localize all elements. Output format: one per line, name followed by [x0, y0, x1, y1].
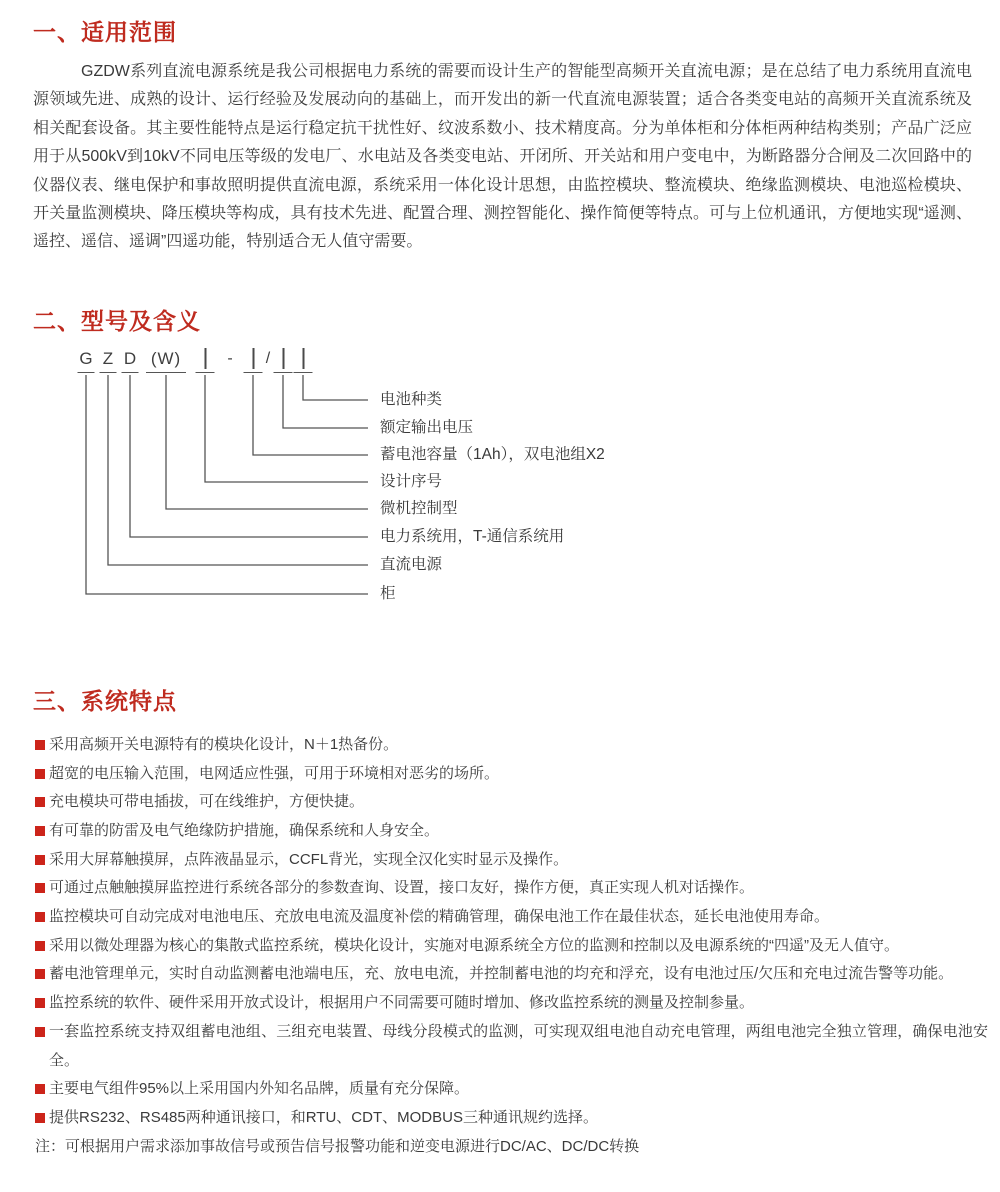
feature-text: 采用高频开关电源特有的模块化设计，N＋1热备份。 [49, 731, 398, 760]
feature-item: 采用大屏幕触摸屏，点阵液晶显示，CCFL背光，实现全汉化实时显示及操作。 [35, 846, 988, 875]
model-label-battery-capacity: 蓄电池容量（1Ah），双电池组X2 [380, 444, 605, 466]
model-label-cabinet: 柜 [380, 583, 396, 605]
feature-item: 监控模块可自动完成对电池电压、充放电电流及温度补偿的精确管理，确保电池工作在最佳… [35, 903, 988, 932]
red-square-bullet-icon [35, 998, 45, 1008]
feature-item: 监控系统的软件、硬件采用开放式设计，根据用户不同需要可随时增加、修改监控系统的测… [35, 989, 988, 1018]
feature-text: 采用大屏幕触摸屏，点阵液晶显示，CCFL背光，实现全汉化实时显示及操作。 [49, 846, 568, 875]
feature-text: 主要电气组件95%以上采用国内外知名品牌，质量有充分保障。 [49, 1075, 469, 1104]
model-diagram-connector-lines [0, 344, 720, 606]
feature-list: 采用高频开关电源特有的模块化设计，N＋1热备份。 超宽的电压输入范围，电网适应性… [35, 731, 988, 1133]
red-square-bullet-icon [35, 941, 45, 951]
feature-item: 提供RS232、RS485两种通讯接口，和RTU、CDT、MODBUS三种通讯规… [35, 1104, 988, 1133]
feature-text: 监控模块可自动完成对电池电压、充放电电流及温度补偿的精确管理，确保电池工作在最佳… [49, 903, 829, 932]
red-square-bullet-icon [35, 740, 45, 750]
red-square-bullet-icon [35, 855, 45, 865]
red-square-bullet-icon [35, 1113, 45, 1123]
model-label-design-serial: 设计序号 [380, 471, 442, 493]
model-label-rated-voltage: 额定输出电压 [380, 417, 473, 439]
footnote: 注：可根据用户需求添加事故信号或预告信号报警功能和逆变电源进行DC/AC、DC/… [35, 1133, 988, 1162]
model-label-battery-type: 电池种类 [380, 389, 442, 411]
red-square-bullet-icon [35, 883, 45, 893]
red-square-bullet-icon [35, 769, 45, 779]
red-square-bullet-icon [35, 797, 45, 807]
feature-text: 充电模块可带电插拔，可在线维护，方便快捷。 [49, 788, 364, 817]
feature-text: 超宽的电压输入范围，电网适应性强，可用于环境相对恶劣的场所。 [49, 760, 499, 789]
feature-item: 一套监控系统支持双组蓄电池组、三组充电装置、母线分段模式的监测，可实现双组电池自… [35, 1018, 988, 1075]
feature-item: 蓄电池管理单元，实时自动监测蓄电池端电压，充、放电电流，并控制蓄电池的均充和浮充… [35, 960, 988, 989]
model-diagram: G Z D (W) - / 电池种类 额定输出电压 蓄电池容量（1Ah），双电池… [0, 344, 1000, 606]
feature-item: 采用高频开关电源特有的模块化设计，N＋1热备份。 [35, 731, 988, 760]
feature-text: 提供RS232、RS485两种通讯接口，和RTU、CDT、MODBUS三种通讯规… [49, 1104, 598, 1133]
red-square-bullet-icon [35, 969, 45, 979]
red-square-bullet-icon [35, 912, 45, 922]
feature-text: 监控系统的软件、硬件采用开放式设计，根据用户不同需要可随时增加、修改监控系统的测… [49, 989, 754, 1018]
section-heading-model: 二、型号及含义 [33, 306, 1000, 336]
model-label-micro-control: 微机控制型 [380, 498, 458, 520]
red-square-bullet-icon [35, 1084, 45, 1094]
feature-text: 蓄电池管理单元，实时自动监测蓄电池端电压，充、放电电流，并控制蓄电池的均充和浮充… [49, 960, 953, 989]
feature-item: 可通过点触触摸屏监控进行系统各部分的参数查询、设置，接口友好，操作方便，真正实现… [35, 874, 988, 903]
feature-item: 采用以微处理器为核心的集散式监控系统，模块化设计，实施对电源系统全方位的监测和控… [35, 932, 988, 961]
scope-paragraph: GZDW系列直流电源系统是我公司根据电力系统的需要而设计生产的智能型高频开关直流… [33, 58, 972, 257]
model-label-dc-power: 直流电源 [380, 554, 442, 576]
feature-text: 可通过点触触摸屏监控进行系统各部分的参数查询、设置，接口友好，操作方便，真正实现… [49, 874, 754, 903]
feature-text: 采用以微处理器为核心的集散式监控系统，模块化设计，实施对电源系统全方位的监测和控… [49, 932, 899, 961]
feature-item: 有可靠的防雷及电气绝缘防护措施，确保系统和人身安全。 [35, 817, 988, 846]
red-square-bullet-icon [35, 1027, 45, 1037]
feature-item: 主要电气组件95%以上采用国内外知名品牌，质量有充分保障。 [35, 1075, 988, 1104]
feature-text: 有可靠的防雷及电气绝缘防护措施，确保系统和人身安全。 [49, 817, 439, 846]
section-heading-features: 三、系统特点 [33, 686, 1000, 716]
section-heading-scope: 一、适用范围 [33, 17, 1000, 47]
feature-item: 超宽的电压输入范围，电网适应性强，可用于环境相对恶劣的场所。 [35, 760, 988, 789]
model-label-power-system: 电力系统用，T-通信系统用 [380, 526, 564, 548]
red-square-bullet-icon [35, 826, 45, 836]
feature-item: 充电模块可带电插拔，可在线维护，方便快捷。 [35, 788, 988, 817]
feature-text: 一套监控系统支持双组蓄电池组、三组充电装置、母线分段模式的监测，可实现双组电池自… [49, 1018, 988, 1075]
